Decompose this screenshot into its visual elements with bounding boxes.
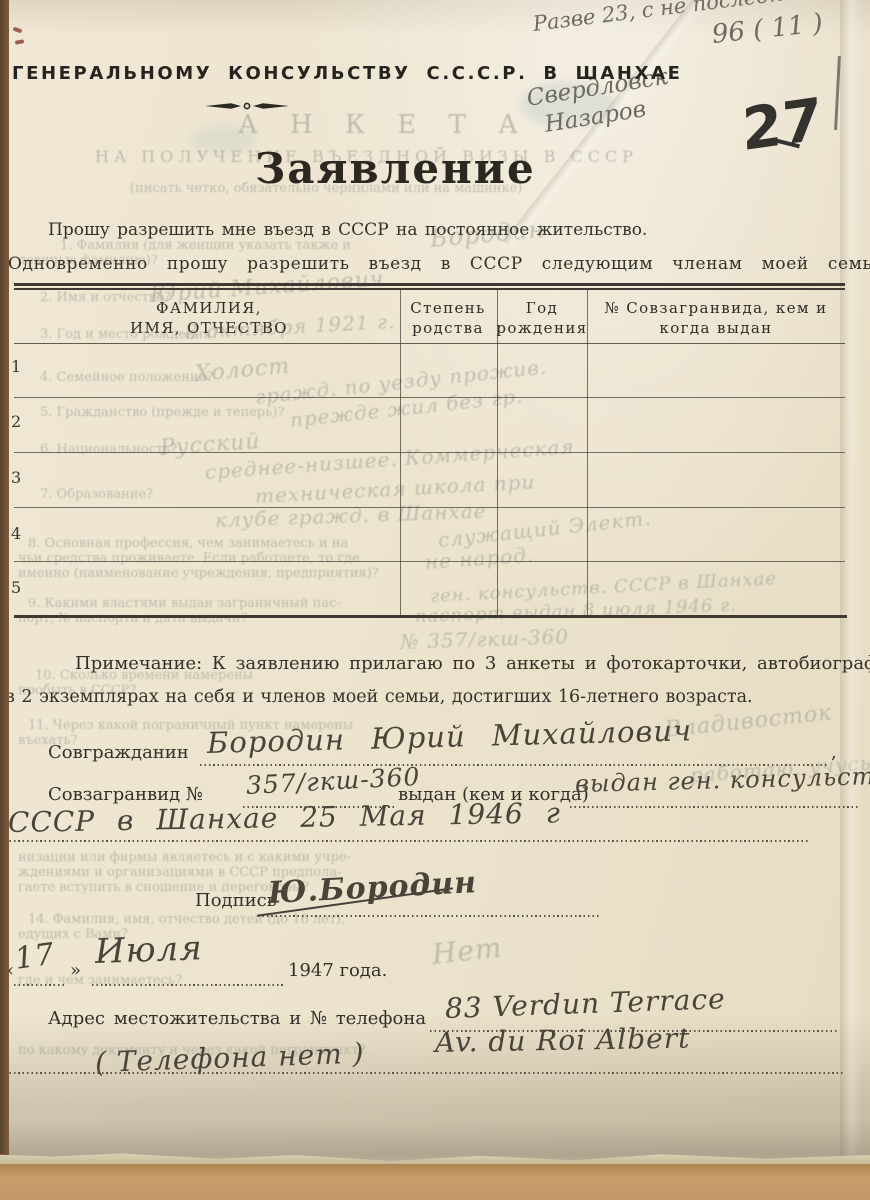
red-edge-mark — [15, 39, 25, 45]
dotted-line — [92, 984, 284, 986]
address-label: Адрес местожительства и № телефона — [48, 1008, 426, 1029]
table-row-number: 5 — [11, 578, 21, 597]
backing-board-left — [0, 0, 9, 1160]
document-title: Заявление — [255, 144, 536, 193]
bleedthrough-text: 6. Национальность? — [40, 442, 177, 457]
note-line-2: в 2 экземплярах на себя и членов моей се… — [5, 687, 753, 707]
table-row-number: 3 — [11, 468, 21, 487]
bleedthrough-text: 5. Гражданство (прежде и теперь)? — [40, 405, 284, 420]
table-bottom-rule — [14, 615, 847, 618]
pencil-archival-number: 96 ( 11 ) — [710, 8, 824, 49]
bleedthrough-text: А Н К Е Т А — [238, 110, 530, 140]
travel-doc-label: Совзагранвид № — [48, 784, 203, 805]
table-header-birthyear: Год — [526, 299, 558, 317]
bleedthrough-text: чьи средства проживаете. Если работаете,… — [18, 551, 360, 566]
table-row-number: 2 — [11, 412, 21, 431]
citizen-comma: , — [831, 742, 837, 763]
scanned-document-scene: А Н К Е Т АНА ПОЛУЧЕНИЕ ВЪЕЗДНОЙ ВИЗЫ В … — [0, 0, 870, 1200]
request-paragraph-1: Прошу разрешить мне въезд в СССР на пост… — [48, 220, 647, 240]
table-row-rule — [14, 452, 845, 453]
note-line-1: Примечание: К заявлению прилагаю по 3 ан… — [75, 653, 870, 674]
bleedthrough-text: порт, № паспорта и дата выдачи? — [18, 611, 248, 626]
bleedthrough-text: 9. Какими властями выдан заграничный пас… — [28, 596, 341, 611]
table-column-rule — [497, 290, 498, 617]
address-line2-handwriting: Av. du Roi Albert — [435, 1022, 691, 1059]
request-paragraph-2: Одновременно прошу разрешить въезд в ССС… — [8, 254, 870, 274]
table-header-name: ФАМИЛИЯ, — [156, 299, 262, 317]
table-header-kinship: Степень — [410, 299, 486, 317]
table-row-number: 4 — [11, 524, 21, 543]
travel-doc-number-handwriting: 357/гкш-360 — [245, 762, 421, 800]
table-header-birthyear-2: рождения — [496, 319, 587, 337]
bleedthrough-text: 4. Семейное положение? — [40, 370, 213, 385]
table-top-rule-2 — [14, 288, 845, 290]
table-header-document: № Совзагранвида, кем и — [604, 299, 827, 317]
table-row-number: 1 — [11, 357, 21, 376]
vertical-fold-crease — [840, 0, 862, 1178]
addressee-header: ГЕНЕРАЛЬНОМУ КОНСУЛЬСТВУ С.С.С.Р. В ШАНХ… — [12, 63, 683, 84]
dotted-line — [258, 915, 600, 917]
issued-by-handwriting: выдан ген. консульством — [575, 761, 870, 798]
table-top-rule — [14, 283, 845, 286]
ink-smudge — [190, 125, 255, 153]
application-form-page: А Н К Е Т АНА ПОЛУЧЕНИЕ ВЪЕЗДНОЙ ВИЗЫ В … — [0, 0, 870, 1178]
date-day-handwriting: 17 — [13, 937, 58, 977]
bleedthrough-text: № 357/гкш-360 — [400, 624, 570, 654]
bleedthrough-text: 7. Образование? — [40, 487, 153, 502]
bleedthrough-text: 1. Фамилия (для женщин указать также и — [60, 238, 351, 253]
address-line1-handwriting: 83 Verdun Terrace — [444, 982, 726, 1025]
table-row-rule — [14, 561, 845, 562]
bleedthrough-text: именно (наименование учреждения, предпри… — [18, 566, 379, 581]
dotted-line — [14, 984, 66, 986]
table-header-kinship-2: родства — [412, 319, 484, 337]
bleedthrough-text: 8. Основная профессия, чем занимаетесь и… — [28, 536, 348, 551]
bleedthrough-text: Нет — [430, 931, 504, 971]
date-month-handwriting: Июля — [94, 928, 203, 972]
table-column-rule — [400, 290, 401, 617]
table-header-document-2: когда выдан — [659, 319, 772, 337]
table-row-rule — [14, 507, 845, 508]
dotted-line — [5, 840, 810, 842]
table-header-name-2: ИМЯ, ОТЧЕСТВО — [130, 319, 288, 337]
dotted-line — [570, 806, 860, 808]
date-quote-close: » — [70, 960, 81, 981]
red-edge-mark — [13, 27, 23, 34]
ornament-divider-icon — [205, 100, 289, 112]
table-header-rule — [14, 343, 845, 344]
date-year-label: 1947 года. — [288, 960, 387, 981]
table-row-rule — [14, 397, 845, 398]
citizen-label: Совгражданин — [48, 742, 189, 763]
pencil-page-number: 27 — [741, 85, 823, 165]
signature-label: Подпись — [195, 890, 277, 911]
backing-board-bottom — [0, 1164, 870, 1200]
bleedthrough-text: низации или фирмы являетесь и с какими у… — [18, 850, 351, 865]
table-column-rule — [587, 290, 588, 617]
